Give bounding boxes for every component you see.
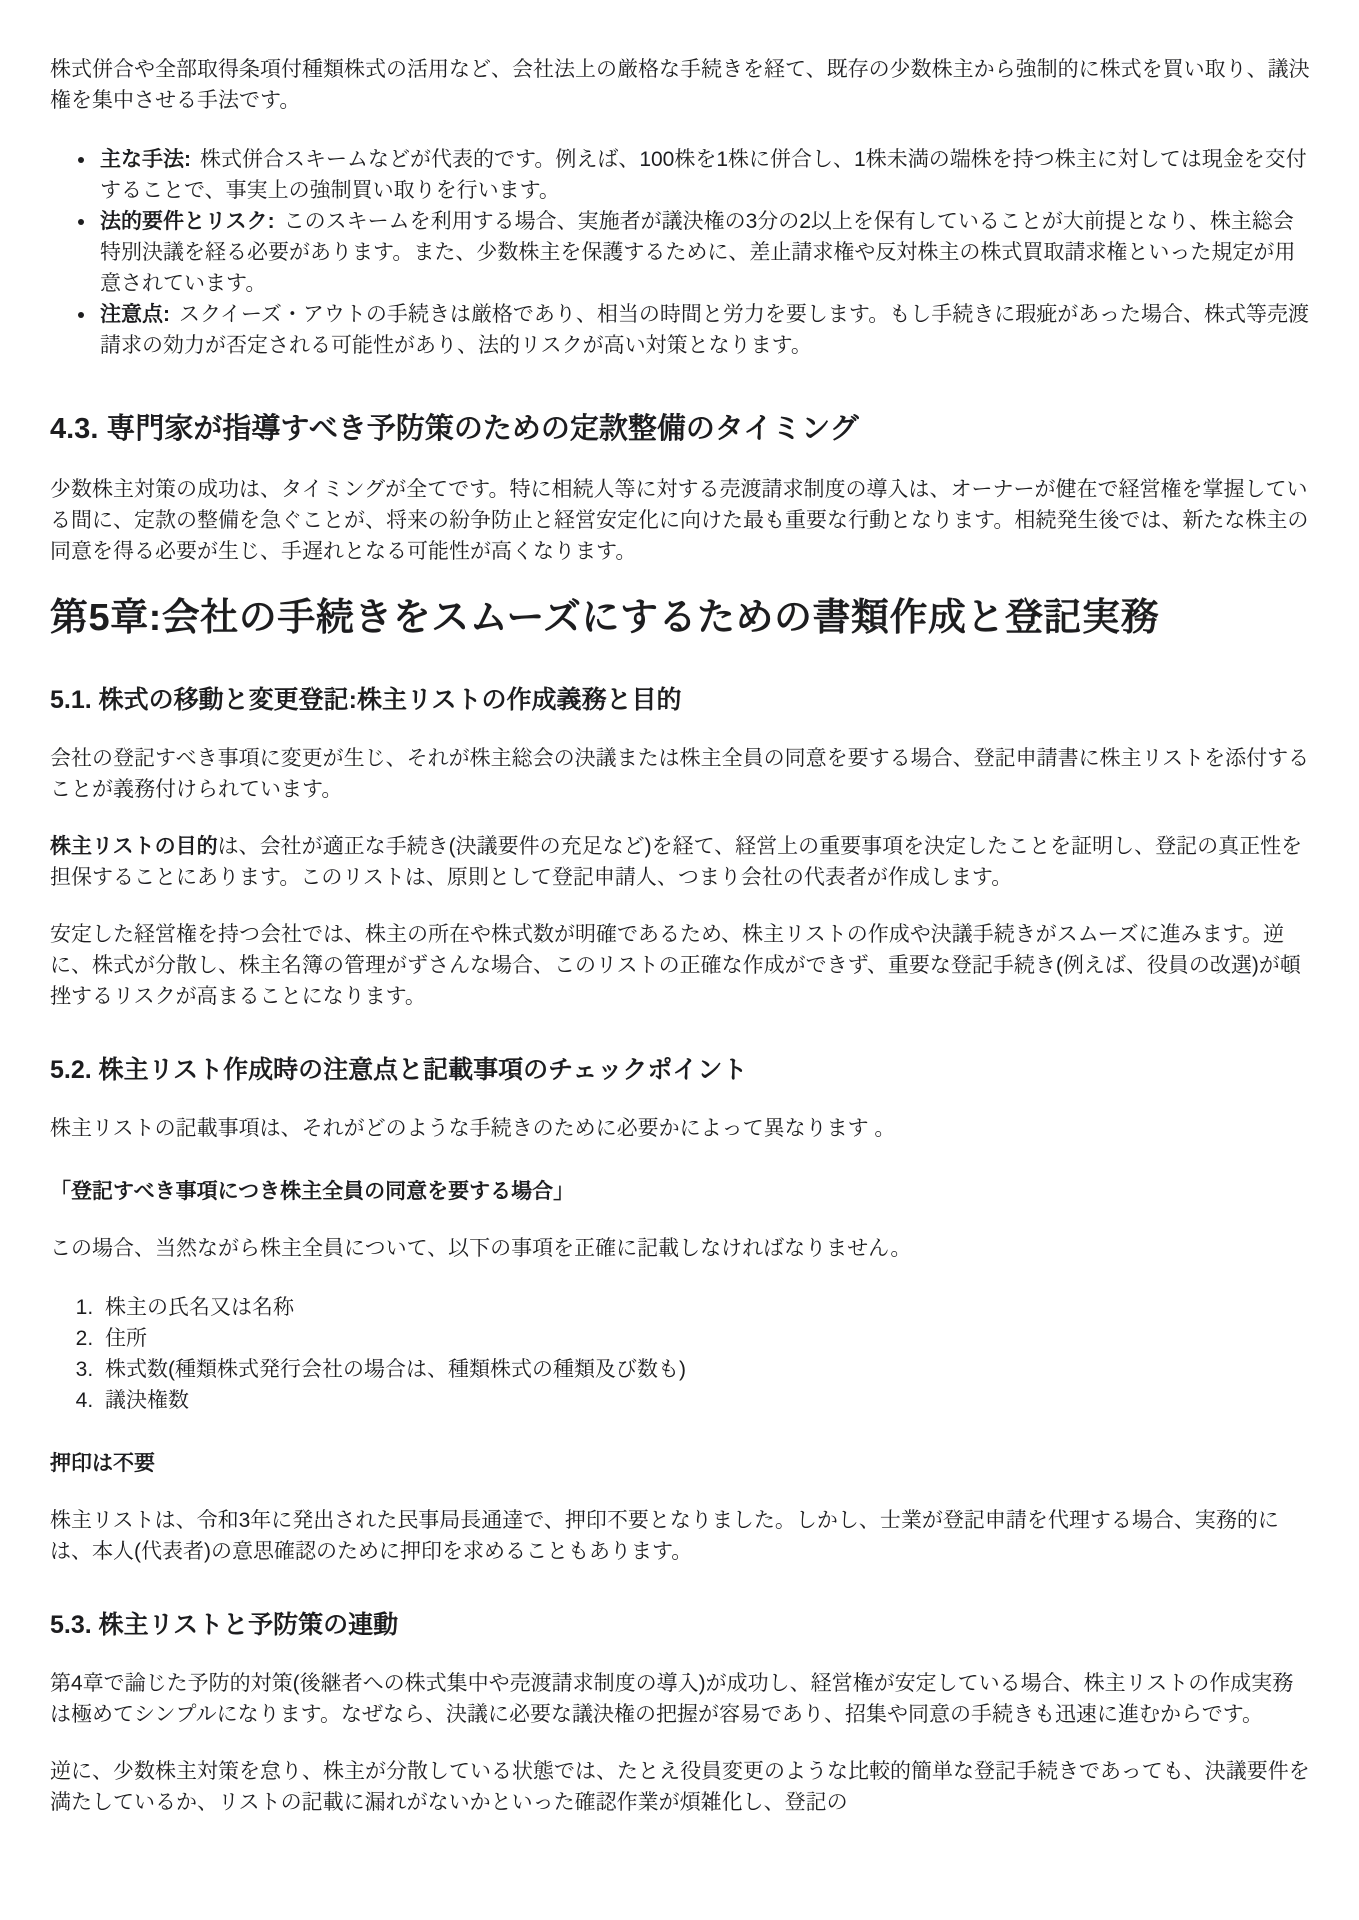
section-5-1-paragraph-2: 株主リストの目的は、会社が適正な手続き(決議要件の充足など)を経て、経営上の重要… [50, 831, 1310, 893]
section-5-2-paragraph-2: この場合、当然ながら株主全員について、以下の事項を正確に記載しなければなりません… [50, 1233, 1310, 1264]
list-item-shareholder-name: 株主の氏名又は名称 [99, 1292, 1310, 1323]
section-5-3-paragraph-1: 第4章で論じた予防的対策(後継者への株式集中や売渡請求制度の導入)が成功し、経営… [50, 1668, 1310, 1730]
section-5-3-heading: 5.3. 株主リストと予防策の連動 [50, 1609, 1310, 1642]
bullet-text: スクイーズ・アウトの手続きは厳格であり、相当の時間と労力を要します。もし手続きに… [100, 303, 1309, 357]
section-5-2-subheading-no-seal: 押印は不要 [50, 1448, 1310, 1479]
list-item-share-count: 株式数(種類株式発行会社の場合は、種類株式の種類及び数も) [99, 1354, 1310, 1385]
list-item-voting-rights: 議決権数 [99, 1385, 1310, 1416]
bullet-item-legal-requirements: 法的要件とリスク:このスキームを利用する場合、実施者が議決権の3分の2以上を保有… [97, 206, 1310, 299]
bullet-label: 主な手法: [100, 148, 191, 171]
section-5-1-paragraph-1: 会社の登記すべき事項に変更が生じ、それが株主総会の決議または株主全員の同意を要す… [50, 743, 1310, 805]
document-page: 株式併合や全部取得条項付種類株式の活用など、会社法上の厳格な手続きを経て、既存の… [0, 0, 1359, 1920]
bullet-item-caution: 注意点:スクイーズ・アウトの手続きは厳格であり、相当の時間と労力を要します。もし… [97, 299, 1310, 361]
section-5-1-heading: 5.1. 株式の移動と変更登記:株主リストの作成義務と目的 [50, 684, 1310, 717]
bullet-label: 法的要件とリスク: [100, 210, 275, 233]
section-5-2-heading: 5.2. 株主リスト作成時の注意点と記載事項のチェックポイント [50, 1054, 1310, 1087]
section-5-2-subheading-quoted: 「登記すべき事項につき株主全員の同意を要する場合」 [50, 1176, 1310, 1207]
section-5-3-paragraph-2: 逆に、少数株主対策を怠り、株主が分散している状態では、たとえ役員変更のような比較… [50, 1756, 1310, 1818]
chapter-5-heading: 第5章:会社の手続きをスムーズにするための書類作成と登記実務 [50, 595, 1310, 642]
section-4-3-paragraph: 少数株主対策の成功は、タイミングが全てです。特に相続人等に対する売渡請求制度の導… [50, 474, 1310, 567]
shareholder-list-purpose-lead: 株主リストの目的 [50, 835, 218, 858]
list-item-address: 住所 [99, 1323, 1310, 1354]
bullet-label: 注意点: [100, 303, 170, 326]
section-5-2-paragraph-3: 株主リストは、令和3年に発出された民事局長通達で、押印不要となりました。しかし、… [50, 1505, 1310, 1567]
section-5-1-paragraph-3: 安定した経営権を持つ会社では、株主の所在や株式数が明確であるため、株主リストの作… [50, 919, 1310, 1012]
section-5-2-paragraph-1: 株主リストの記載事項は、それがどのような手続きのために必要かによって異なります … [50, 1113, 1310, 1144]
bullet-text: このスキームを利用する場合、実施者が議決権の3分の2以上を保有していることが大前… [100, 210, 1295, 295]
shareholder-list-required-items: 株主の氏名又は名称 住所 株式数(種類株式発行会社の場合は、種類株式の種類及び数… [50, 1292, 1310, 1416]
intro-paragraph: 株式併合や全部取得条項付種類株式の活用など、会社法上の厳格な手続きを経て、既存の… [50, 54, 1310, 116]
bullet-item-main-method: 主な手法:株式併合スキームなどが代表的です。例えば、100株を1株に併合し、1株… [97, 144, 1310, 206]
shareholder-list-purpose-rest: は、会社が適正な手続き(決議要件の充足など)を経て、経営上の重要事項を決定したこ… [50, 835, 1302, 889]
section-4-3-heading: 4.3. 専門家が指導すべき予防策のための定款整備のタイミング [50, 411, 1310, 448]
bullet-text: 株式併合スキームなどが代表的です。例えば、100株を1株に併合し、1株未満の端株… [100, 148, 1307, 202]
squeeze-out-bullet-list: 主な手法:株式併合スキームなどが代表的です。例えば、100株を1株に併合し、1株… [50, 144, 1310, 361]
